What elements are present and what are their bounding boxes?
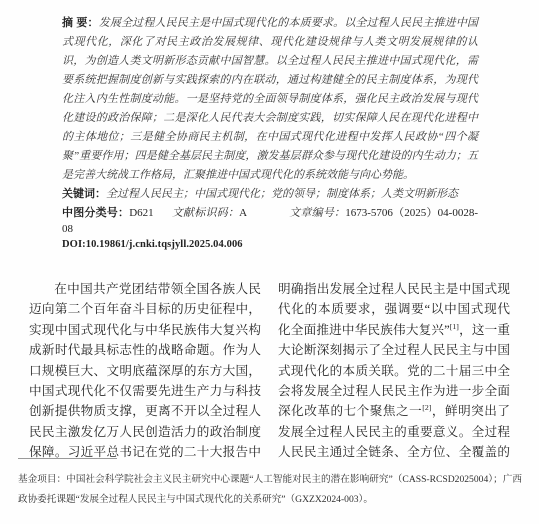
footnote-section: 基金项目：中国社会科学院社会主义民主研究中心课题“人工智能对民主的潜在影响研究”…	[18, 458, 522, 510]
funding-note: 基金项目：中国社会科学院社会主义民主研究中心课题“人工智能对民主的潜在影响研究”…	[18, 470, 522, 510]
keywords-line: 关键词：全过程人民民主；中国式现代化；党的领导；制度体系；人类文明新形态	[62, 185, 478, 204]
body-text-columns: 在中国共产党团结带领全国各族人民迈向第二个百年奋斗目标的历史征程中，实现中国式现…	[29, 279, 510, 483]
meta-line: 中图分类号：D621文献标识码：A文章编号：1673-5706（2025）04-…	[62, 205, 478, 237]
doc-code-label: 文献标识码：	[172, 207, 239, 219]
doc-code-value: A	[239, 207, 247, 219]
abstract-section: 摘 要：发展全过程人民民主是中国式现代化的本质要求。以全过程人民民主推进中国式现…	[62, 14, 478, 252]
keywords-text: 全过程人民民主；中国式现代化；党的领导；制度体系；人类文明新形态	[106, 188, 458, 200]
doi: DOI:10.19861/j.cnki.tqsjyll.2025.04.006	[62, 237, 478, 252]
article-id-label: 文章编号：	[289, 207, 345, 219]
reference-marker-1: [1]	[450, 322, 459, 331]
funding-label: 基金项目：	[18, 474, 66, 485]
body-paragraph: 在中国共产党团结带领全国各族人民迈向第二个百年奋斗目标的历史征程中，实现中国式现…	[29, 279, 510, 483]
abstract-label: 摘 要：	[62, 17, 99, 29]
funding-text: 中国社会科学院社会主义民主研究中心课题“人工智能对民主的潜在影响研究”（CASS…	[18, 474, 522, 505]
abstract-text: 发展全过程人民民主是中国式现代化的本质要求。以全过程人民民主推进中国式现代化，深…	[62, 17, 478, 181]
keywords-label: 关键词：	[62, 188, 106, 200]
reference-marker-2: [2]	[422, 403, 431, 412]
clc-label: 中图分类号：	[62, 207, 129, 219]
footnote-divider	[18, 458, 117, 459]
paper-page: 摘 要：发展全过程人民民主是中国式现代化的本质要求。以全过程人民民主推进中国式现…	[0, 0, 539, 524]
clc-value: D621	[129, 207, 153, 219]
abstract-paragraph: 摘 要：发展全过程人民民主是中国式现代化的本质要求。以全过程人民民主推进中国式现…	[62, 14, 478, 185]
